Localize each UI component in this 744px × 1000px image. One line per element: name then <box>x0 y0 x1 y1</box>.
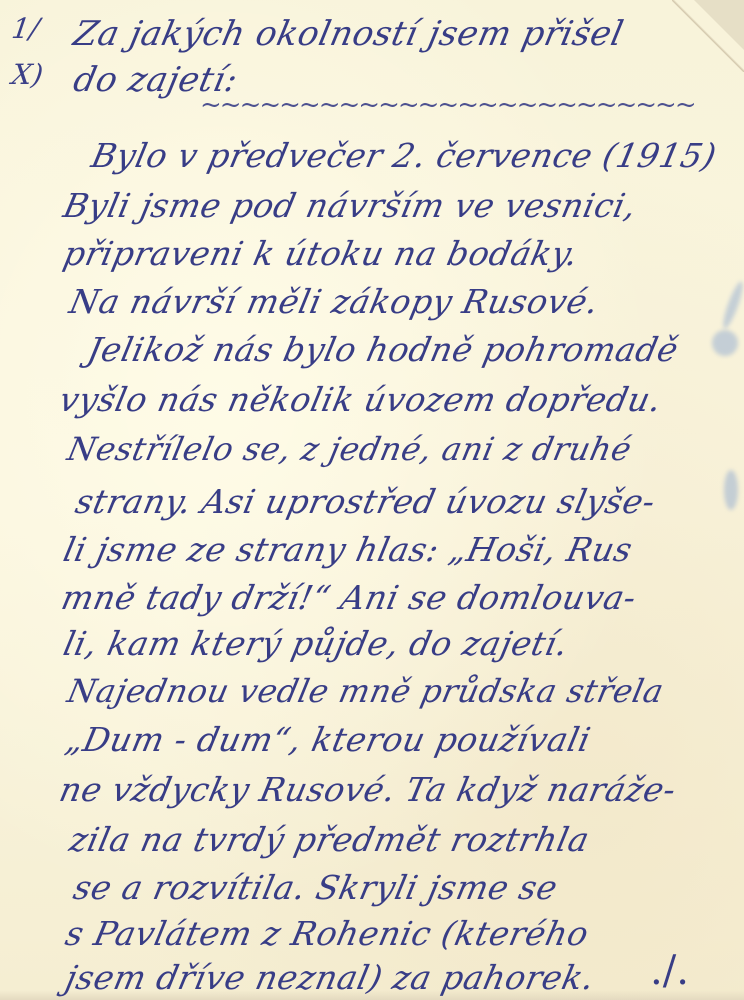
body-line: Byli jsme pod návrším ve vesnici, <box>60 186 640 225</box>
ink-stain <box>720 280 744 330</box>
body-line: zila na tvrdý předmět roztrhla <box>66 820 593 859</box>
body-line: Jelikož nás bylo hodně pohromadě <box>84 330 682 369</box>
body-line: jsem dříve neznal) za pahorek. <box>62 958 598 997</box>
body-line: mně tady drží!“ Ani se domlouva- <box>58 578 640 617</box>
heading-line-1: Za jakých okolností jsem přišel <box>70 14 627 54</box>
end-mark: ./. <box>650 948 689 994</box>
body-line: s Pavlátem z Rohenic (kterého <box>62 914 592 953</box>
heading-underline: ~~~~~~~~~~~~~~~~~~~~~~~~~ <box>200 90 695 120</box>
body-line: „Dum - dum“, kterou používali <box>62 720 594 759</box>
body-line: Bylo v předvečer 2. července (1915) <box>88 136 720 175</box>
margin-number: 1/ <box>10 12 42 45</box>
body-line: připraveni k útoku na bodáky. <box>60 234 582 273</box>
ink-stain <box>712 330 738 356</box>
body-line: vyšlo nás několik úvozem dopředu. <box>56 380 665 419</box>
body-line: se a rozvítila. Skryli jsme se <box>70 868 561 907</box>
ink-stain <box>724 470 738 510</box>
body-line: li, kam který půjde, do zajetí. <box>60 624 572 663</box>
body-line: li jsme ze strany hlas: „Hoši, Rus <box>60 530 636 569</box>
body-line: ne vždycky Rusové. Ta když naráže- <box>56 770 680 809</box>
corner-crease <box>672 0 744 72</box>
letter-page: 1/ X) Za jakých okolností jsem přišel do… <box>0 0 744 1000</box>
body-line: Na návrší měli zákopy Rusové. <box>66 282 602 321</box>
body-line: Nestřílelo se, z jedné, ani z druhé <box>64 430 635 468</box>
body-line: strany. Asi uprostřed úvozu slyše- <box>72 482 659 521</box>
body-line: Najednou vedle mně průdska střela <box>64 672 667 710</box>
margin-mark: X) <box>10 58 45 91</box>
